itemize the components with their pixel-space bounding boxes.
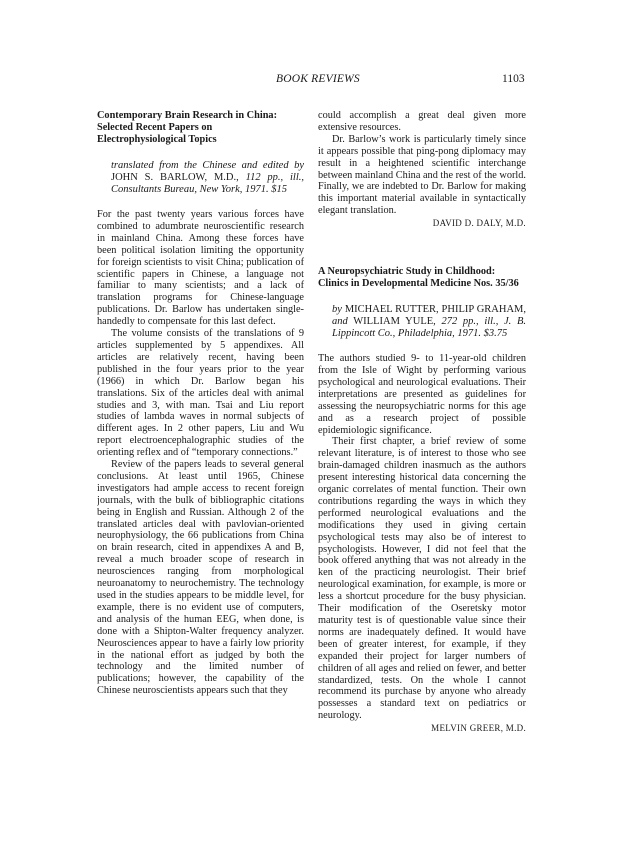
review-1-title-line: Electrophysiological Topics	[97, 134, 304, 146]
citation-author-2: WILLIAM YULE,	[353, 316, 436, 327]
review-1-paragraph: The volume consists of the translations …	[97, 328, 304, 459]
citation-author: MICHAEL RUTTER, PHILIP GRAHAM,	[345, 304, 526, 315]
running-title: BOOK REVIEWS	[276, 73, 360, 85]
review-2-paragraph: Their first chapter, a brief review of s…	[318, 436, 526, 722]
review-2-title-line: A Neuropsychiatric Study in Childhood:	[318, 266, 526, 278]
review-2-paragraph: The authors studied 9- to 11-year-old ch…	[318, 353, 526, 436]
review-1-citation: translated from the Chinese and edited b…	[111, 160, 304, 196]
review-1-signature: DAVID D. DALY, M.D.	[318, 218, 526, 230]
review-1-paragraph: Review of the papers leads to several ge…	[97, 459, 304, 697]
review-1-title-line: Contemporary Brain Research in China:	[97, 110, 304, 122]
review-separator	[318, 230, 526, 266]
review-1-title: Contemporary Brain Research in China: Se…	[97, 110, 304, 146]
column-left: Contemporary Brain Research in China: Se…	[97, 110, 304, 697]
review-1-paragraph-continued: could accomplish a great deal given more…	[318, 110, 526, 134]
page-number: 1103	[502, 73, 525, 85]
review-1-paragraph: Dr. Barlow’s work is particularly timely…	[318, 134, 526, 217]
running-head: BOOK REVIEWS 1103	[0, 73, 620, 89]
review-1-title-line: Selected Recent Papers on	[97, 122, 304, 134]
citation-author: JOHN S. BARLOW, M.D.,	[111, 172, 239, 183]
review-2-citation: by MICHAEL RUTTER, PHILIP GRAHAM, and WI…	[332, 304, 526, 340]
review-2-title-line: Clinics in Developmental Medicine Nos. 3…	[318, 278, 526, 290]
review-1-paragraph: For the past twenty years various forces…	[97, 209, 304, 328]
citation-prefix: translated from the Chinese and edited b…	[111, 160, 304, 171]
review-2-signature: MELVIN GREER, M.D.	[318, 723, 526, 735]
citation-prefix: by	[332, 304, 342, 315]
review-2-title: A Neuropsychiatric Study in Childhood: C…	[318, 266, 526, 290]
citation-and: and	[332, 316, 348, 327]
column-right: could accomplish a great deal given more…	[318, 110, 526, 735]
